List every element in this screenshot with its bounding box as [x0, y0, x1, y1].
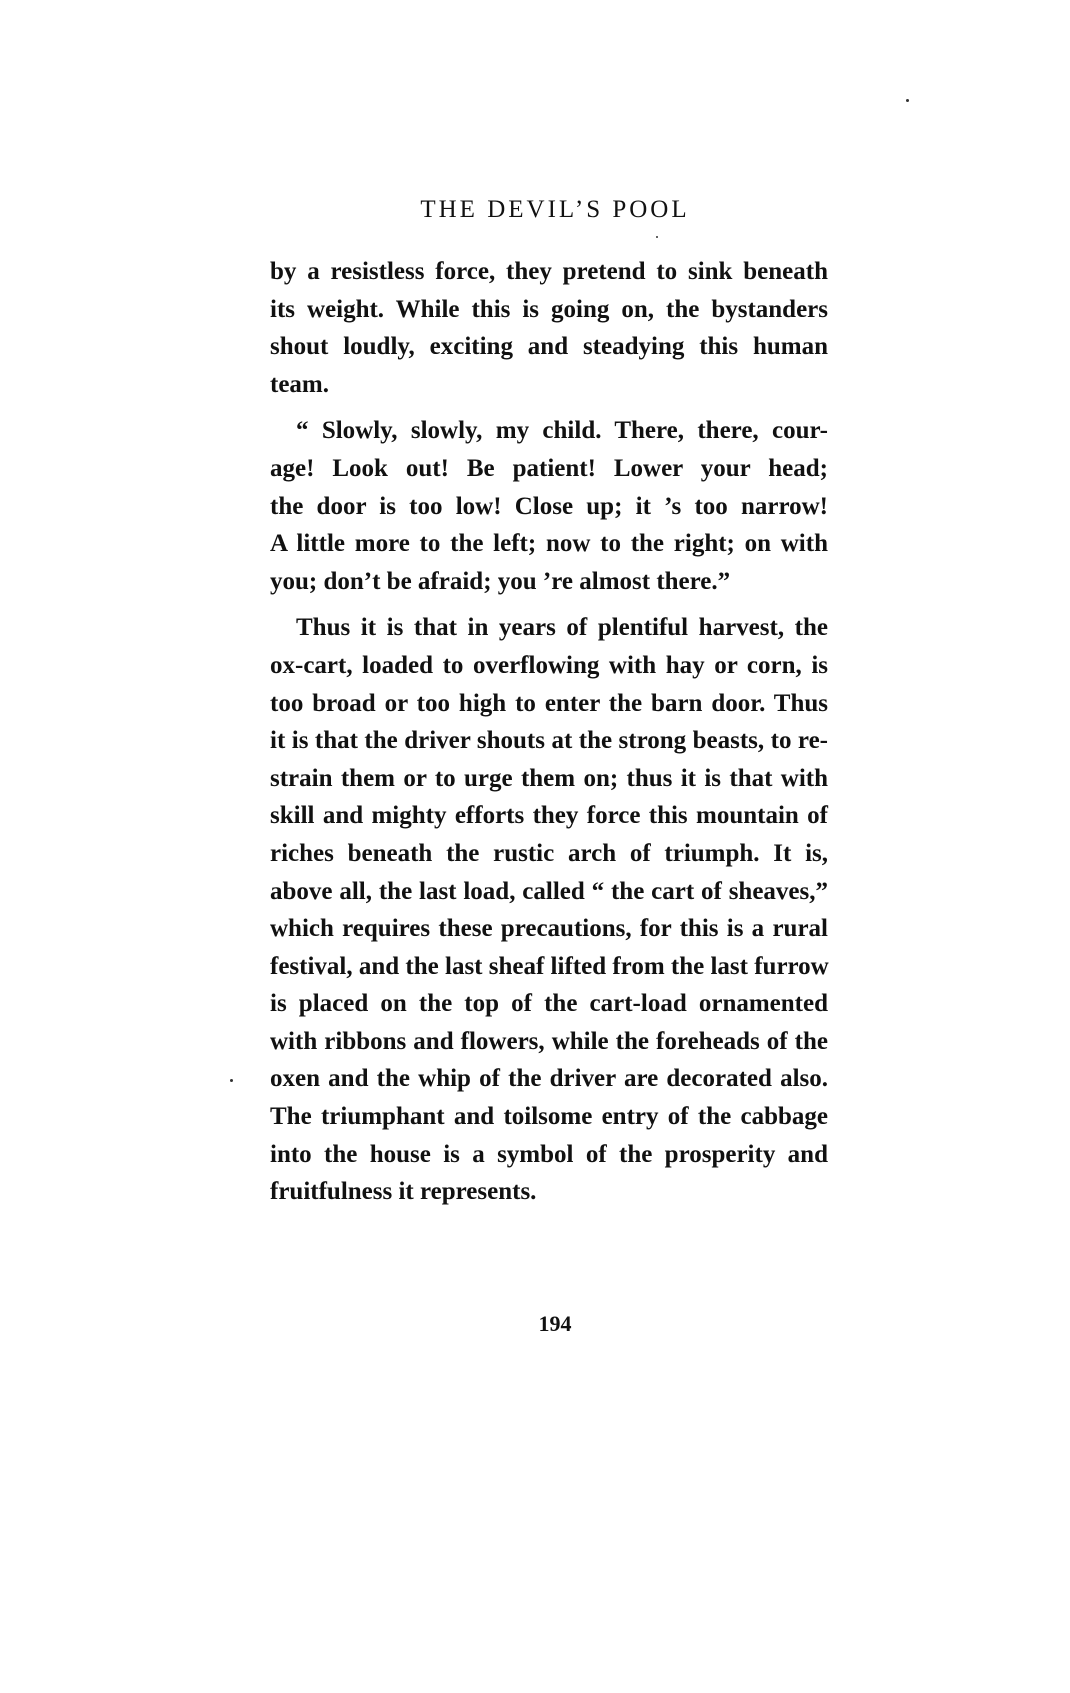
text-line: too broad or too high to enter the barn … — [270, 685, 828, 723]
text-line: skill and mighty efforts they force this… — [270, 797, 828, 835]
text-line: it is that the driver shouts at the stro… — [270, 722, 828, 760]
text-line: festival, and the last sheaf lifted from… — [270, 948, 828, 986]
book-page: THE DEVIL’S POOL by a resistless force, … — [0, 0, 1070, 1693]
text-line: oxen and the whip of the driver are deco… — [270, 1060, 828, 1098]
running-head: THE DEVIL’S POOL — [0, 196, 1070, 224]
page-number: 194 — [0, 1311, 1070, 1337]
body-text: by a resistless force, they pretend to s… — [270, 253, 828, 1211]
paragraph: by a resistless force, they pretend to s… — [270, 253, 828, 403]
text-line: is placed on the top of the cart-load or… — [270, 985, 828, 1023]
text-line: Thus it is that in years of plentiful ha… — [270, 609, 828, 647]
text-line: you; don’t be afraid; you ’re almost the… — [270, 563, 828, 601]
text-line: strain them or to urge them on; thus it … — [270, 760, 828, 798]
scan-speck — [656, 236, 658, 238]
text-line: above all, the last load, called “ the c… — [270, 873, 828, 911]
scan-speck — [906, 99, 909, 102]
text-line: into the house is a symbol of the prospe… — [270, 1136, 828, 1174]
text-line: by a resistless force, they pretend to s… — [270, 253, 828, 291]
text-line: team. — [270, 366, 828, 404]
text-line: riches beneath the rustic arch of triump… — [270, 835, 828, 873]
text-line: shout loudly, exciting and steadying thi… — [270, 328, 828, 366]
text-line: A little more to the left; now to the ri… — [270, 525, 828, 563]
text-line: with ribbons and flowers, while the fore… — [270, 1023, 828, 1061]
text-line: fruitfulness it represents. — [270, 1173, 828, 1211]
paragraph: Thus it is that in years of plentiful ha… — [270, 609, 828, 1211]
text-line: The triumphant and toilsome entry of the… — [270, 1098, 828, 1136]
text-line: “ Slowly, slowly, my child. There, there… — [270, 412, 828, 450]
paragraph: “ Slowly, slowly, my child. There, there… — [270, 412, 828, 600]
text-line: ox-cart, loaded to overflowing with hay … — [270, 647, 828, 685]
text-line: its weight. While this is going on, the … — [270, 291, 828, 329]
text-line: age! Look out! Be patient! Lower your he… — [270, 450, 828, 488]
text-line: which requires these precautions, for th… — [270, 910, 828, 948]
scan-speck — [230, 1079, 233, 1082]
text-line: the door is too low! Close up; it ’s too… — [270, 488, 828, 526]
